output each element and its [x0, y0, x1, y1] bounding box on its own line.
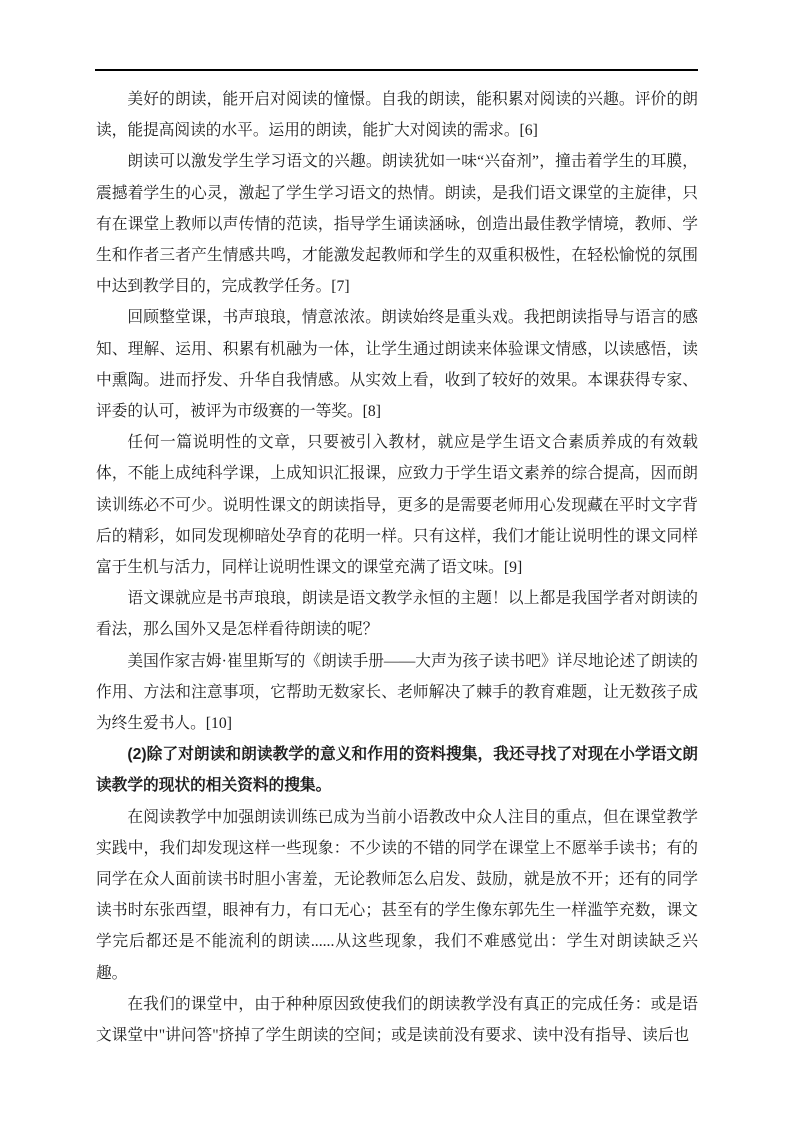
header-rule — [95, 69, 698, 71]
paragraph-6: 美国作家吉姆·崔里斯写的《朗读手册——大声为孩子读书吧》详尽地论述了朗读的作用、… — [96, 646, 698, 740]
document-body: 美好的朗读，能开启对阅读的憧憬。自我的朗读，能积累对阅读的兴趣。评价的朗读，能提… — [96, 84, 698, 1051]
paragraph-5: 语文课就应是书声琅琅，朗读是语文教学永恒的主题！以上都是我国学者对朗读的看法，那… — [96, 583, 698, 645]
paragraph-8: 在阅读教学中加强朗读训练已成为当前小语教改中众人注目的重点，但在课堂教学实践中，… — [96, 802, 698, 989]
paragraph-9: 在我们的课堂中，由于种种原因致使我们的朗读教学没有真正的完成任务：或是语文课堂中… — [96, 989, 698, 1051]
paragraph-4: 任何一篇说明性的文章，只要被引入教材，就应是学生语文合素质养成的有效载体，不能上… — [96, 427, 698, 583]
paragraph-2: 朗读可以激发学生学习语文的兴趣。朗读犹如一味“兴奋剂”，撞击着学生的耳膜，震撼着… — [96, 146, 698, 302]
paragraph-3: 回顾整堂课，书声琅琅，情意浓浓。朗读始终是重头戏。我把朗读指导与语言的感知、理解… — [96, 302, 698, 427]
paragraph-1: 美好的朗读，能开启对阅读的憧憬。自我的朗读，能积累对阅读的兴趣。评价的朗读，能提… — [96, 84, 698, 146]
document-page: 美好的朗读，能开启对阅读的憧憬。自我的朗读，能积累对阅读的兴趣。评价的朗读，能提… — [0, 0, 793, 1122]
paragraph-7: (2)除了对朗读和朗读教学的意义和作用的资料搜集，我还寻找了对现在小学语文朗读教… — [96, 739, 698, 801]
